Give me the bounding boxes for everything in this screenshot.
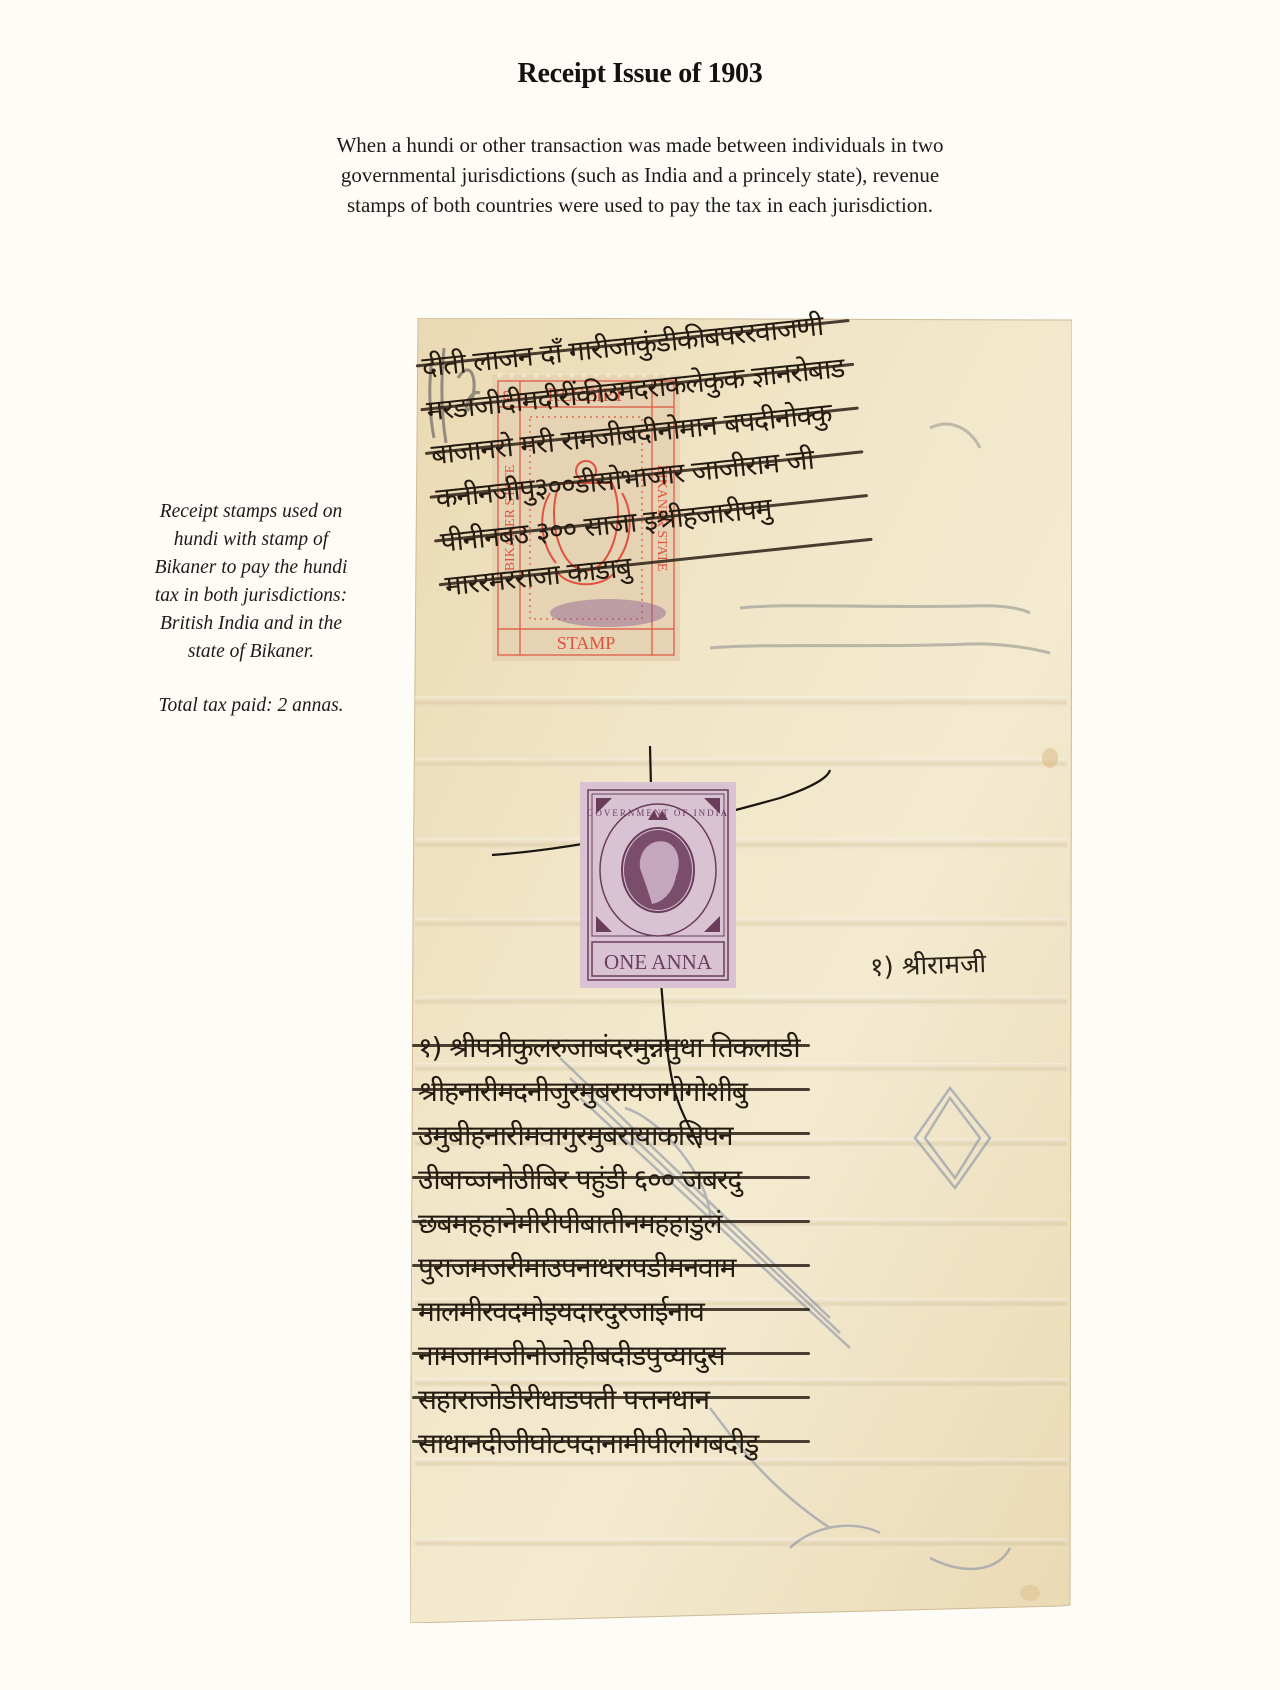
caption-line: state of Bikaner. [118, 638, 384, 666]
upper-handwritten-text: दीती लाजन दाँ गारीजाकुंडीकीबपररवाजणी मरड… [420, 304, 865, 610]
svg-text:ONE ANNA: ONE ANNA [604, 950, 713, 974]
page-title: Receipt Issue of 1903 [0, 58, 1280, 90]
caption-line: Receipt stamps used on [118, 498, 384, 526]
caption-line: British India and in the [118, 610, 384, 638]
svg-text:STAMP: STAMP [557, 633, 616, 653]
script-line: पुराजमजरीमाउपनाधरापडीमनवाम [418, 1248, 800, 1292]
script-line: उमुबीहनारीमवागुरमुबरायाकसिपन [418, 1116, 800, 1160]
lower-handwritten-text: १) श्रीपत्रीकुलरुजाबंदरमुन्नमुधा तिकलाडी… [418, 1028, 800, 1468]
script-line: नामजामजीनोजोहीबदीडपुच्यादुस [418, 1336, 800, 1380]
script-line: श्रीहनारीमदनीजुरमुबरायजगोगोशीबु [418, 1072, 800, 1116]
script-line: मालमीरवदमोइयदारदुरजाईनाव [418, 1292, 800, 1336]
shri-ramji-annotation: १) श्रीरामजी [869, 944, 986, 984]
caption-line: Bikaner to pay the hundi [118, 554, 384, 582]
script-line: छबमहहानेमीरीपीबातीनमहहाडुलं [418, 1204, 800, 1248]
caption-total-tax: Total tax paid: 2 annas. [118, 692, 384, 720]
india-one-anna-stamp: ONE ANNA GOVERNMENT OF INDIA [578, 780, 738, 990]
intro-line: stamps of both countries were used to pa… [210, 190, 1070, 220]
side-caption: Receipt stamps used on hundi with stamp … [118, 498, 384, 720]
hundi-document: ६ RECEIPT STAMP BIKANER STATE BIKANER ST… [410, 318, 1072, 1623]
caption-line: hundi with stamp of [118, 526, 384, 554]
script-line: सहाराजोडीरीधाडपती पत्तनधान [418, 1380, 800, 1424]
intro-line: governmental jurisdictions (such as Indi… [210, 160, 1070, 190]
script-line: साधानदीजीघोटपदानामीपीलोगबदीडु [418, 1424, 800, 1468]
script-line: १) श्रीपत्रीकुलरुजाबंदरमुन्नमुधा तिकलाडी [418, 1028, 800, 1072]
script-line: उीबाच्जनोउीबिर पहुंडी ६०० जबरदु [418, 1160, 800, 1204]
intro-paragraph: When a hundi or other transaction was ma… [210, 130, 1070, 220]
svg-text:GOVERNMENT OF INDIA: GOVERNMENT OF INDIA [587, 808, 729, 818]
caption-line: tax in both jurisdictions: [118, 582, 384, 610]
intro-line: When a hundi or other transaction was ma… [210, 130, 1070, 160]
